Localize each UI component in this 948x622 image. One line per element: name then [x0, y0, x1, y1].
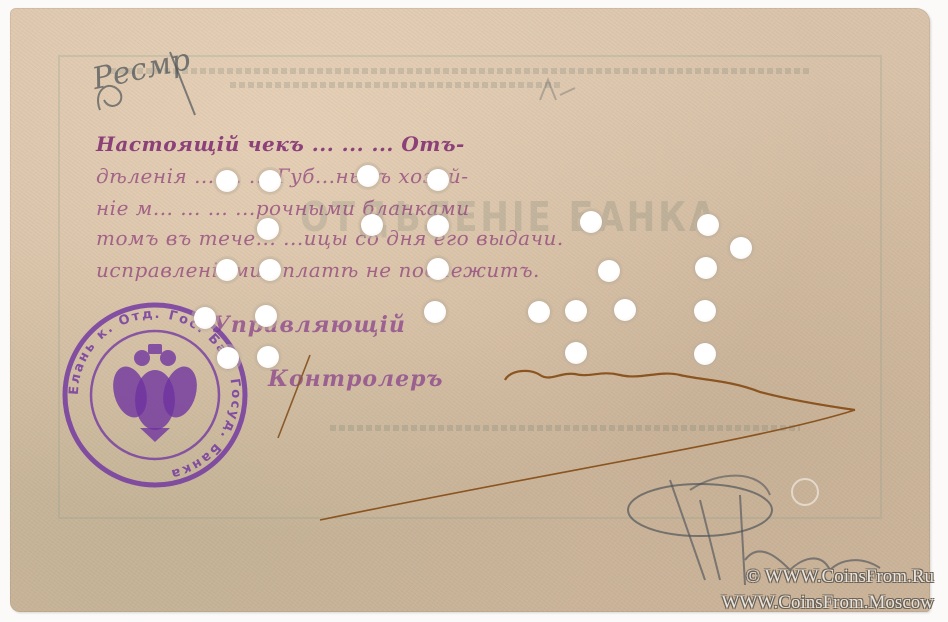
- perforation-hole: [694, 343, 716, 365]
- body-line-1: Настоящій чекъ ... ... ... Отъ-: [96, 132, 465, 156]
- perforation-hole: [357, 165, 379, 187]
- perforation-hole: [598, 260, 620, 282]
- perforation-hole: [217, 347, 239, 369]
- perforation-hole: [216, 259, 238, 281]
- body-line-5: исправленіями оплатѣ не подлежитъ.: [96, 258, 540, 282]
- perforation-hole: [257, 218, 279, 240]
- perforation-hole: [424, 301, 446, 323]
- ghost-print-line: [230, 82, 560, 88]
- perforation-hole: [614, 299, 636, 321]
- perforation-hole: [565, 342, 587, 364]
- perforation-hole: [528, 301, 550, 323]
- body-line-3: ніе м... ... ... ...рочными бланками: [96, 196, 470, 220]
- bank-seal: Елань к. Отд. Гос. Бан. Госуд. Банка: [60, 300, 250, 490]
- perforation-hole: [730, 237, 752, 259]
- perforation-hole: [580, 211, 602, 233]
- perforation-hole: [361, 214, 383, 236]
- watermark-line-2: WWW.CoinsFrom.Moscow: [721, 592, 934, 614]
- perforation-hole: [427, 169, 449, 191]
- perforation-hole: [259, 259, 281, 281]
- perforation-hole: [259, 170, 281, 192]
- controller-label: Контролеръ: [268, 366, 444, 392]
- perforation-hole: [694, 300, 716, 322]
- eagle-icon: [108, 344, 202, 442]
- ghost-print-line: [330, 425, 800, 431]
- body-line-2: дѣленія ... ... ... Губ...ныхъ хозяй-: [96, 164, 469, 188]
- perforation-hole: [257, 346, 279, 368]
- perforation-hole: [194, 307, 216, 329]
- body-line-4: томъ въ тече... ...ицы со дня его выдачи…: [96, 226, 564, 250]
- perforation-hole: [565, 300, 587, 322]
- perforation-hole: [697, 214, 719, 236]
- perforation-hole: [427, 258, 449, 280]
- perforation-hole: [216, 170, 238, 192]
- watermark-line-1: © WWW.CoinsFrom.Ru: [746, 566, 934, 588]
- perforation-hole: [427, 215, 449, 237]
- perforation-hole: [695, 257, 717, 279]
- ghost-print-line: [110, 68, 810, 74]
- perforation-hole: [255, 305, 277, 327]
